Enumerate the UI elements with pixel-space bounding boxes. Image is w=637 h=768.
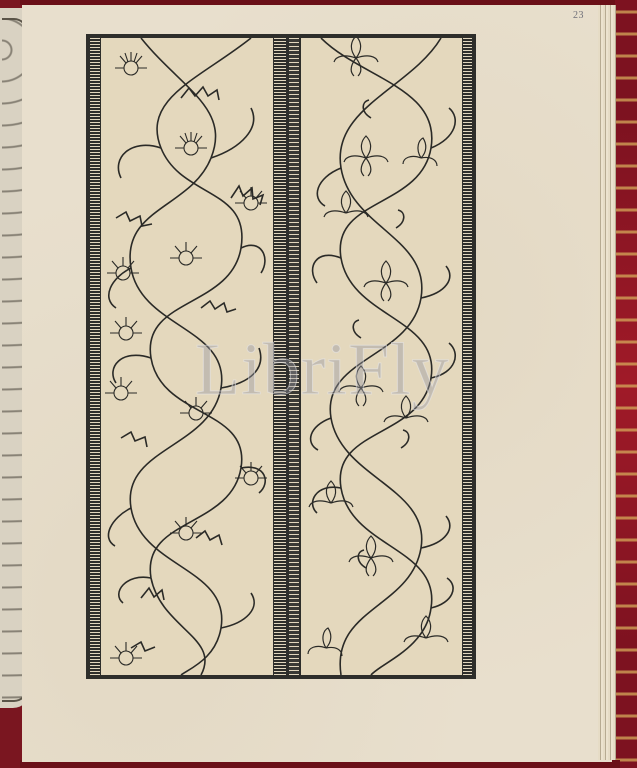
page-number: 23 bbox=[573, 10, 584, 21]
right-ruled-border bbox=[463, 38, 472, 675]
scanned-book-spread: 23 bbox=[0, 0, 637, 768]
left-ruled-border bbox=[90, 38, 100, 675]
center-ruled-border-inner bbox=[289, 38, 299, 675]
center-ruled-border bbox=[274, 38, 286, 675]
woodcut-frame bbox=[86, 34, 476, 679]
lily-vine-ornament bbox=[301, 38, 462, 675]
red-gilt-binding bbox=[615, 0, 637, 768]
lily-panel bbox=[301, 38, 462, 675]
page-stack-edges bbox=[598, 5, 616, 760]
thistle-vine-ornament bbox=[101, 38, 273, 675]
thistle-panel bbox=[101, 38, 273, 675]
